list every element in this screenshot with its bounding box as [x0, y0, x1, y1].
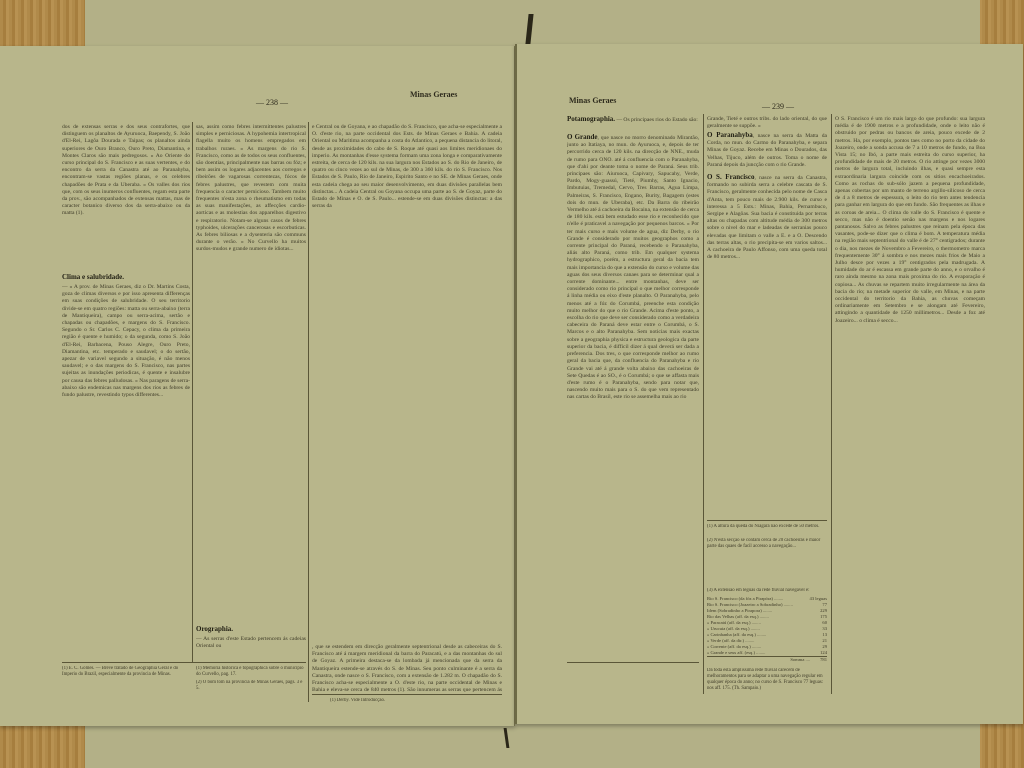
- footnote: (1) A altura da queda do Niagara não exc…: [707, 524, 827, 536]
- left-col1-text-b: — « A prov. de Minas Geraes, diz o Dr. M…: [62, 284, 190, 632]
- right-col3-text: O S. Francisco é um rio mais largo do qu…: [835, 116, 985, 696]
- right-col2-sfrancisco: O S. Francisco, nasce na serra da Canast…: [707, 174, 827, 514]
- heading-potamographia: Potamographia.: [567, 116, 615, 123]
- running-head: Minas Geraes: [569, 96, 616, 105]
- footnote-rule: [62, 662, 306, 663]
- left-col2-heading: Orographia.: [196, 626, 306, 636]
- footnote: (1) E. C. Gomes. — Breve tratado de Geog…: [62, 666, 190, 690]
- left-col2-text-b: — As serras d'este Estado pertencem ás c…: [196, 636, 306, 652]
- footnote: (2) O bom tom na provincia de Minas Gera…: [196, 680, 306, 692]
- heading-orographia: Orographia.: [196, 626, 233, 633]
- footnote: (1) Memoria historica e topographica sob…: [196, 666, 306, 680]
- heading-clima: Clima e salubridade.: [62, 274, 124, 281]
- left-col1-text: dos de extensas serras e dos seus contra…: [62, 124, 190, 272]
- footnote-rule: [707, 520, 827, 521]
- column-rule: [831, 114, 832, 694]
- footnote: (1) Derby. Vide Introducção.: [330, 698, 500, 706]
- column-rule: [192, 122, 193, 662]
- left-page: — 238 — Minas Geraes dos de extensas ser…: [0, 46, 515, 726]
- footnote: (2) N'esta secção se contam cerca de 20 …: [707, 538, 827, 584]
- table-title: (3) A extensão em leguas da rêde fluvial…: [707, 588, 827, 595]
- footnote: Da toda esta amplissima rêde fluvial car…: [707, 668, 827, 696]
- footnote-rule: [312, 694, 502, 695]
- left-col3-text: e Central ou de Goyana, e ao chapadão do…: [312, 124, 502, 644]
- page-number: — 239 —: [762, 102, 794, 111]
- left-col3-text-b: , que se estendem em direcção geralmente…: [312, 644, 502, 692]
- right-col2-top: Grande, Tieté e outros tribs. do lado or…: [707, 116, 827, 132]
- navigation-table: Rio S. Francisco (da fóz a Pirapóra) ...…: [707, 596, 827, 663]
- right-col2-paranahyba: O Paranahyba, nasce na serra da Matta da…: [707, 132, 827, 172]
- left-col1-heading: Clima e salubridade.: [62, 274, 190, 282]
- right-col1-heading: Potamographia. — Os principaes rios do E…: [567, 116, 699, 134]
- running-head: Minas Geraes: [410, 90, 457, 99]
- right-col1-text: O Grande, que nasce no morro denominado …: [567, 134, 699, 654]
- page-number: — 238 —: [256, 98, 288, 107]
- right-page: Minas Geraes — 239 — Potamographia. — Os…: [515, 44, 1023, 724]
- column-rule: [703, 114, 704, 694]
- column-rule: [308, 122, 309, 702]
- table-total: Somma ....781: [707, 656, 827, 663]
- left-col2-text: sas, assim como febres intermittentes pa…: [196, 124, 306, 624]
- footnote-rule: [567, 662, 699, 663]
